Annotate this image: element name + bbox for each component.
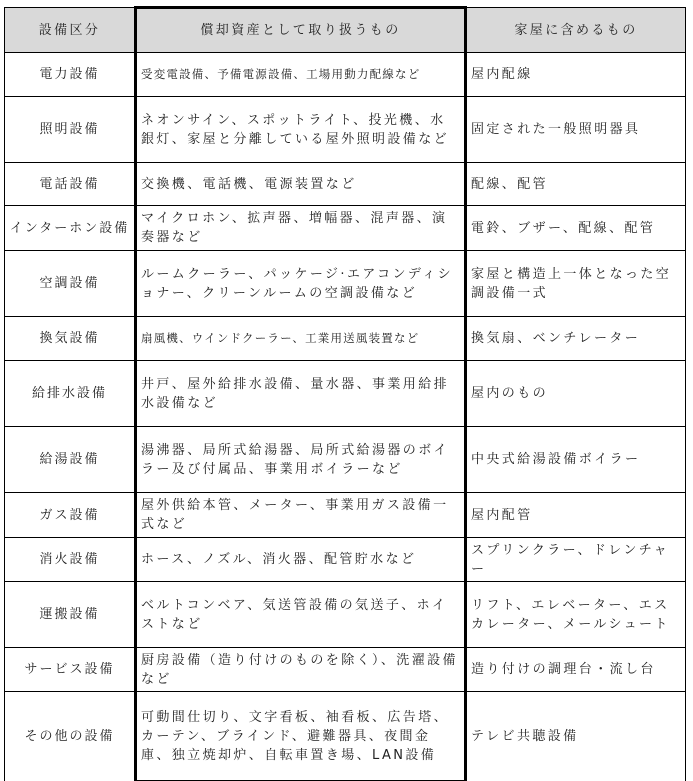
table-row: 照明設備ネオンサイン、スポットライト、投光機、水銀灯、家屋と分離している屋外照明… (5, 97, 686, 163)
cell-included-in-house: スプリンクラー、ドレンチャー (466, 538, 686, 582)
header-row: 設備区分 償却資産として取り扱うもの 家屋に含めるもの (5, 8, 686, 53)
cell-included-in-house: 屋内のもの (466, 361, 686, 427)
table-row: インターホン設備マイクロホン、拡声器、増幅器、混声器、演奏器など電鈴、ブザー、配… (5, 206, 686, 251)
cell-depreciable-assets: 屋外供給本管、メーター、事業用ガス設備一式など (136, 493, 466, 538)
equipment-classification-table: 設備区分 償却資産として取り扱うもの 家屋に含めるもの 電力設備受変電設備、予備… (4, 6, 686, 781)
cell-depreciable-assets: 交換機、電話機、電源装置など (136, 163, 466, 206)
table-row: その他の設備可動間仕切り、文字看板、袖看板、広告塔、カーテン、ブラインド、避難器… (5, 692, 686, 781)
cell-included-in-house: 屋内配管 (466, 493, 686, 538)
cell-depreciable-assets: 可動間仕切り、文字看板、袖看板、広告塔、カーテン、ブラインド、避難器具、夜間金庫… (136, 692, 466, 781)
cell-depreciable-assets: 湯沸器、局所式給湯器、局所式給湯器のボイラー及び付属品、事業用ボイラーなど (136, 427, 466, 493)
cell-depreciable-assets: ホース、ノズル、消火器、配管貯水など (136, 538, 466, 582)
cell-included-in-house: 電鈴、ブザー、配線、配管 (466, 206, 686, 251)
table-row: 電力設備受変電設備、予備電源設備、工場用動力配線など屋内配線 (5, 53, 686, 97)
cell-category: ガス設備 (5, 493, 136, 538)
cell-depreciable-assets: マイクロホン、拡声器、増幅器、混声器、演奏器など (136, 206, 466, 251)
cell-category: 運搬設備 (5, 582, 136, 648)
table-row: 給排水設備井戸、屋外給排水設備、量水器、事業用給排水設備など屋内のもの (5, 361, 686, 427)
cell-included-in-house: 中央式給湯設備ボイラー (466, 427, 686, 493)
cell-depreciable-assets: 厨房設備（造り付けのものを除く）、洗濯設備など (136, 648, 466, 692)
cell-category: インターホン設備 (5, 206, 136, 251)
table-row: 給湯設備湯沸器、局所式給湯器、局所式給湯器のボイラー及び付属品、事業用ボイラーな… (5, 427, 686, 493)
cell-category: 電力設備 (5, 53, 136, 97)
table-row: サービス設備厨房設備（造り付けのものを除く）、洗濯設備など造り付けの調理台・流し… (5, 648, 686, 692)
cell-depreciable-assets: ネオンサイン、スポットライト、投光機、水銀灯、家屋と分離している屋外照明設備など (136, 97, 466, 163)
table-row: 電話設備交換機、電話機、電源装置など配線、配管 (5, 163, 686, 206)
cell-included-in-house: テレビ共聴設備 (466, 692, 686, 781)
cell-category: 換気設備 (5, 317, 136, 361)
header-included-in-house: 家屋に含めるもの (466, 8, 686, 53)
cell-depreciable-assets: 井戸、屋外給排水設備、量水器、事業用給排水設備など (136, 361, 466, 427)
cell-included-in-house: リフト、エレベーター、エスカレーター、メールシュート (466, 582, 686, 648)
table-row: 消火設備ホース、ノズル、消火器、配管貯水などスプリンクラー、ドレンチャー (5, 538, 686, 582)
table-row: 換気設備扇風機、ウインドクーラー、工業用送風装置など換気扇、ベンチレーター (5, 317, 686, 361)
cell-depreciable-assets: 扇風機、ウインドクーラー、工業用送風装置など (136, 317, 466, 361)
table-row: ガス設備屋外供給本管、メーター、事業用ガス設備一式など屋内配管 (5, 493, 686, 538)
header-category: 設備区分 (5, 8, 136, 53)
cell-depreciable-assets: 受変電設備、予備電源設備、工場用動力配線など (136, 53, 466, 97)
cell-category: 消火設備 (5, 538, 136, 582)
cell-category: その他の設備 (5, 692, 136, 781)
cell-category: 電話設備 (5, 163, 136, 206)
cell-category: 照明設備 (5, 97, 136, 163)
cell-included-in-house: 固定された一般照明器具 (466, 97, 686, 163)
cell-depreciable-assets: ルームクーラー、パッケージ·エアコンディショナー、クリーンルームの空調設備など (136, 251, 466, 317)
table-row: 空調設備ルームクーラー、パッケージ·エアコンディショナー、クリーンルームの空調設… (5, 251, 686, 317)
cell-category: サービス設備 (5, 648, 136, 692)
cell-category: 空調設備 (5, 251, 136, 317)
cell-category: 給排水設備 (5, 361, 136, 427)
header-depreciable-assets: 償却資産として取り扱うもの (136, 8, 466, 53)
cell-category: 給湯設備 (5, 427, 136, 493)
cell-included-in-house: 換気扇、ベンチレーター (466, 317, 686, 361)
cell-depreciable-assets: ベルトコンベア、気送管設備の気送子、ホイストなど (136, 582, 466, 648)
cell-included-in-house: 家屋と構造上一体となった空調設備一式 (466, 251, 686, 317)
cell-included-in-house: 造り付けの調理台・流し台 (466, 648, 686, 692)
cell-included-in-house: 配線、配管 (466, 163, 686, 206)
cell-included-in-house: 屋内配線 (466, 53, 686, 97)
table-row: 運搬設備ベルトコンベア、気送管設備の気送子、ホイストなどリフト、エレベーター、エ… (5, 582, 686, 648)
